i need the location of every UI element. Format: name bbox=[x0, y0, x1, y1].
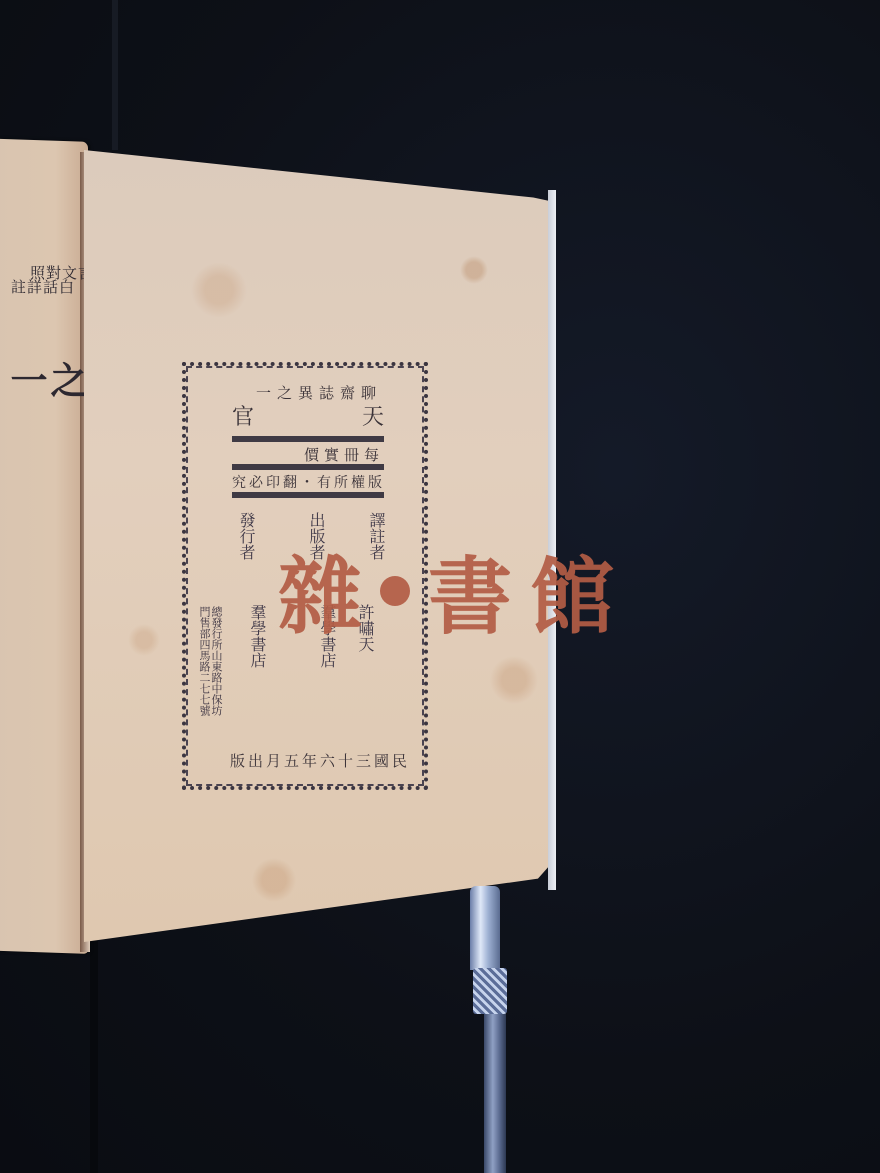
retail-address: 門售部四馬路二七七號 bbox=[198, 606, 211, 716]
book-title-char-right: 天 bbox=[362, 400, 384, 431]
watermark: 雜 書 館 bbox=[278, 530, 614, 651]
rule-divider bbox=[232, 464, 384, 470]
left-page-subtitle-2: 白話詳註 bbox=[10, 279, 74, 295]
distributor-name: 羣學書店 bbox=[234, 604, 280, 668]
price-label: 每冊實價 bbox=[304, 444, 384, 465]
watermark-char: 館 bbox=[530, 530, 614, 651]
head-office-address: 總發行所山東路中保坊 bbox=[210, 606, 223, 716]
metal-stylus-tip bbox=[470, 886, 500, 970]
book-fold-shadow bbox=[90, 940, 98, 1173]
left-page bbox=[0, 138, 88, 954]
metal-stylus-grip bbox=[473, 968, 507, 1014]
publication-date: 民國三十六年五月出版 bbox=[230, 750, 410, 771]
watermark-char: 雜 bbox=[278, 530, 362, 651]
metal-stylus-rod bbox=[484, 1014, 506, 1173]
book-spine-shadow bbox=[112, 0, 118, 150]
copyright-notice: 版權所有・翻印必究 bbox=[232, 472, 385, 492]
watermark-char: 書 bbox=[428, 530, 512, 651]
rule-divider bbox=[232, 436, 384, 442]
book-title-char-left: 官 bbox=[232, 400, 254, 431]
distributor-label: 發行者 bbox=[234, 512, 258, 560]
rule-divider bbox=[232, 492, 384, 498]
watermark-dot bbox=[380, 576, 410, 606]
